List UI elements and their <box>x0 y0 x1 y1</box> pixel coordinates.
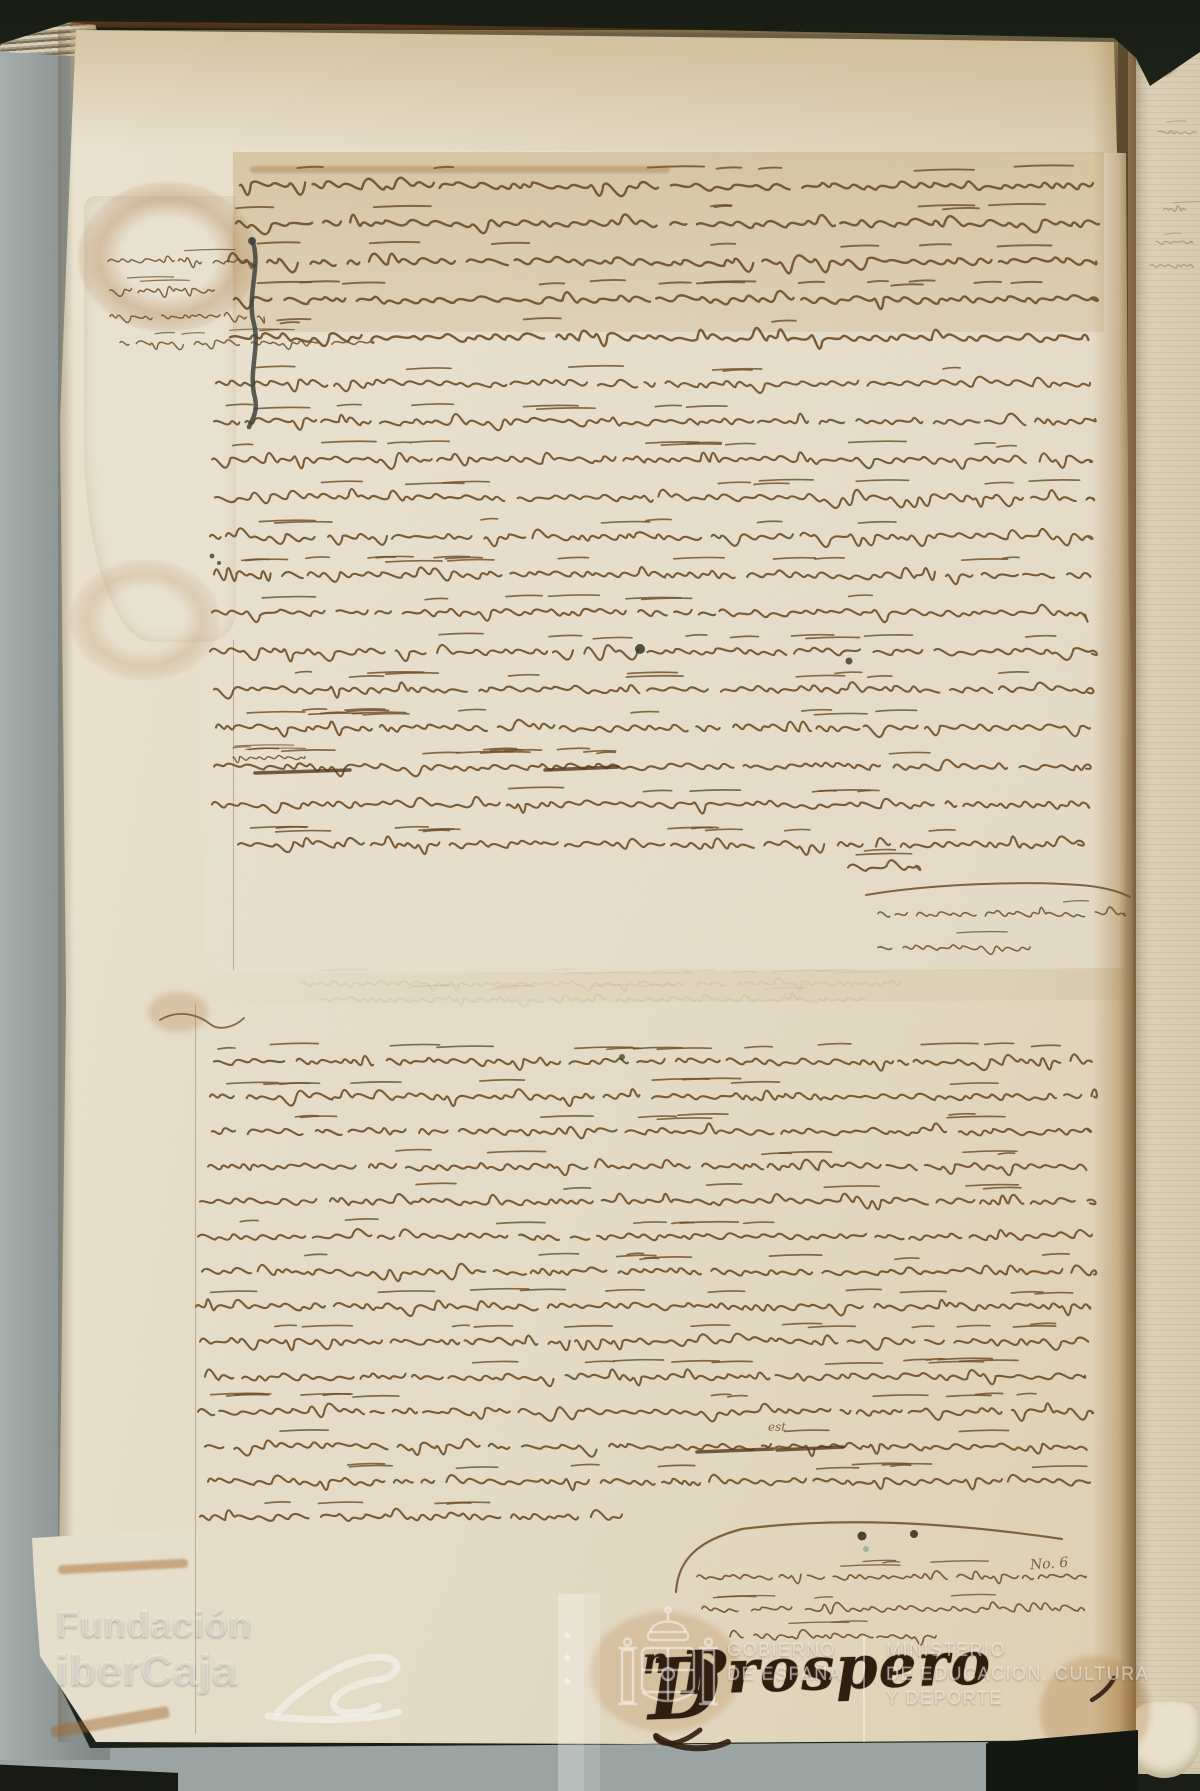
signature-superscript: n <box>642 1640 670 1683</box>
interlinear-word: est <box>768 1420 786 1434</box>
handwriting-layer <box>0 0 1200 1791</box>
signature-name: Prospero <box>680 1628 993 1709</box>
file-number-note: No. 6 <box>1029 1555 1068 1574</box>
archive-photograph: est No. 6 DnProspero Fundación iberCaja … <box>0 0 1200 1791</box>
